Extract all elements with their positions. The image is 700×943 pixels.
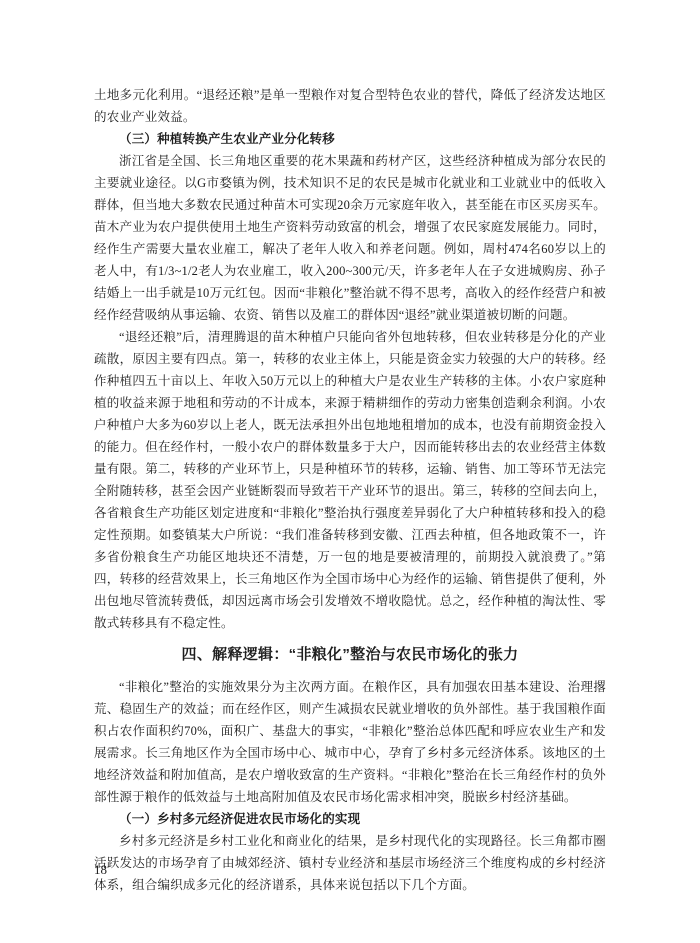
paragraph: 乡村多元经济是乡村工业化和商业化的结果，是乡村现代化的实现路径。长三角都市圈活跃… (94, 830, 606, 896)
section-heading-four: 四、解释逻辑：“非粮化”整治与农民市场化的张力 (94, 643, 606, 666)
paragraph: “非粮化”整治的实施效果分为主次两方面。在粮作区，具有加强农田基本建设、治理撂荒… (94, 676, 606, 808)
paragraph-continued: 土地多元化利用。“退经还粮”是单一型粮作对复合型特色农业的替代，降低了经济发达地… (94, 84, 606, 128)
page-content: 土地多元化利用。“退经还粮”是单一型粮作对复合型特色农业的替代，降低了经济发达地… (94, 84, 606, 896)
document-page: 土地多元化利用。“退经还粮”是单一型粮作对复合型特色农业的替代，降低了经济发达地… (0, 0, 700, 943)
subsection-heading-three: （三）种植转换产生农业产业分化转移 (94, 128, 606, 150)
subsection-heading-one: （一）乡村多元经济促进农民市场化的实现 (94, 808, 606, 830)
paragraph: 浙江省是全国、长三角地区重要的花木果蔬和药材产区，这些经济种植成为部分农民的主要… (94, 150, 606, 326)
paragraph: “退经还粮”后，清理腾退的苗木种植户只能向省外包地转移，但农业转移是分化的产业疏… (94, 326, 606, 634)
page-number: 18 (94, 862, 107, 878)
